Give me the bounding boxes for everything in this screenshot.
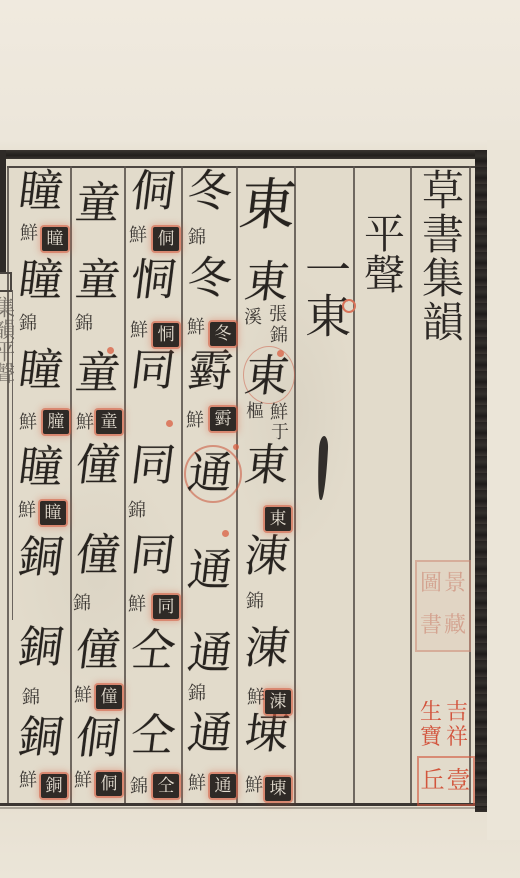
source-annotation: 錦	[71, 594, 93, 614]
source-annotation: 溪	[242, 308, 264, 328]
bottom-border	[0, 803, 487, 806]
cursive-glyph: 通	[180, 450, 240, 498]
cursive-glyph: 童	[69, 257, 127, 305]
cursive-glyph: 侗	[123, 168, 183, 216]
boxed-regular-script-label: 涷	[265, 690, 291, 714]
boxed-regular-script-label: 膧	[43, 410, 69, 434]
column-rule	[7, 166, 9, 803]
source-annotation: 鮮	[74, 413, 96, 433]
boxed-regular-script-label: 侗	[96, 772, 122, 796]
cursive-glyph: 銅	[9, 624, 73, 672]
cursive-glyph: 瞳	[9, 444, 73, 492]
source-annotation: 于	[269, 423, 291, 443]
seal-char: 吉	[445, 701, 469, 725]
cursive-glyph: 瞳	[9, 347, 73, 395]
source-annotation: 鮮	[72, 771, 94, 791]
boxed-regular-script-label: 埬	[265, 777, 291, 801]
cursive-glyph: 通	[180, 547, 240, 595]
seal-char: 壹	[446, 759, 471, 801]
source-annotation: 鮮	[127, 226, 149, 246]
punctuation-circle-mark	[342, 299, 356, 313]
seal-char: 書	[419, 606, 443, 646]
cursive-glyph: 僮	[69, 532, 127, 580]
seal-char: 寶	[419, 726, 443, 750]
cursive-glyph: 東	[237, 259, 297, 307]
collector-seal-outline: 壹 丘	[417, 756, 475, 806]
seal-char: 圖	[419, 564, 443, 604]
cursive-glyph: 東	[237, 353, 297, 401]
source-annotation: 張	[267, 305, 289, 325]
right-page-margin	[487, 140, 520, 840]
cursive-glyph: 䨴	[180, 348, 240, 396]
boxed-regular-script-label: 䨴	[210, 407, 236, 431]
boxed-regular-script-label: 恫	[153, 323, 179, 347]
source-annotation: 鮮	[268, 403, 290, 423]
source-annotation: 鮮	[185, 318, 207, 338]
source-annotation: 樞	[244, 402, 266, 422]
boxed-regular-script-label: 僮	[96, 685, 122, 709]
boxed-regular-script-label: 東	[265, 507, 291, 531]
source-annotation: 鮮	[184, 411, 206, 431]
seal-char: 景	[443, 564, 467, 604]
boxed-regular-script-label: 瞳	[42, 227, 68, 251]
source-annotation: 錦	[73, 314, 95, 334]
cursive-glyph: 通	[180, 630, 240, 678]
cursive-glyph: 童	[69, 350, 127, 398]
source-annotation: 錦	[17, 314, 39, 334]
cursive-glyph: 冬	[180, 168, 240, 216]
seal-char: 生	[419, 701, 443, 725]
source-annotation: 錦	[186, 228, 208, 248]
cursive-glyph: 瞳	[9, 257, 73, 305]
cursive-glyph: 埬	[237, 710, 297, 758]
source-annotation: 錦	[128, 777, 150, 797]
source-annotation: 錦	[244, 592, 266, 612]
source-annotation: 錦	[20, 688, 42, 708]
cursive-glyph: 銅	[9, 534, 73, 582]
source-annotation: 鮮	[128, 321, 150, 341]
seal-char: 祥	[445, 726, 469, 750]
rhyme-heading: 一東	[296, 246, 354, 338]
inner-top-rule	[7, 166, 475, 168]
cursive-glyph: 僮	[69, 627, 127, 675]
boxed-regular-script-label: 同	[153, 595, 179, 619]
boxed-regular-script-label: 瞳	[40, 501, 66, 525]
boxed-regular-script-label: 銅	[41, 774, 67, 798]
cursive-glyph: 涷	[237, 625, 297, 673]
cursive-glyph: 涷	[237, 533, 297, 581]
red-dot-mark	[222, 530, 229, 537]
cursive-glyph: 同	[123, 347, 183, 395]
fold-edge-band	[0, 150, 6, 272]
boxed-regular-script-label: 仝	[153, 774, 179, 798]
top-border	[0, 150, 487, 159]
bottom-border-shadow	[0, 807, 487, 809]
source-annotation: 錦	[126, 501, 148, 521]
source-annotation: 鮮	[245, 688, 267, 708]
seal-char: 丘	[420, 759, 445, 801]
collector-seal-red: 吉 祥 生 寶	[417, 700, 471, 752]
cursive-glyph: 侗	[69, 715, 127, 763]
cursive-glyph: 瞳	[9, 168, 73, 216]
boxed-regular-script-label: 侗	[153, 227, 179, 251]
source-annotation: 鮮	[186, 774, 208, 794]
collector-seal-faded: 景 藏 圖 書	[415, 560, 471, 652]
cursive-glyph: 冬	[180, 255, 240, 303]
source-annotation: 鮮	[126, 595, 148, 615]
seal-char: 藏	[443, 606, 467, 646]
cursive-glyph: 東	[237, 442, 297, 490]
source-annotation: 鮮	[17, 413, 39, 433]
cursive-glyph: 仝	[123, 627, 183, 675]
cursive-glyph: 僮	[69, 442, 127, 490]
cursive-glyph: 仝	[123, 712, 183, 760]
cursive-glyph: 童	[69, 180, 127, 228]
book-page-scan: 集韻平聲 草書集韻 平聲 一東 東 東 東 東 涷 涷 埬 東 涷 埬 張 錦 …	[0, 0, 520, 878]
cursive-glyph: 恫	[123, 257, 183, 305]
cursive-glyph: 銅	[9, 714, 73, 762]
boxed-regular-script-label: 通	[210, 774, 236, 798]
source-annotation: 錦	[186, 684, 208, 704]
source-annotation: 鮮	[18, 224, 40, 244]
source-annotation: 錦	[268, 326, 290, 346]
cursive-glyph: 同	[123, 442, 183, 490]
cursive-glyph: 同	[123, 532, 183, 580]
source-annotation: 鮮	[243, 776, 265, 796]
boxed-regular-script-label: 童	[96, 410, 122, 434]
tone-heading: 平聲	[354, 212, 408, 294]
red-dot-mark	[166, 420, 173, 427]
cursive-glyph: 東	[236, 174, 298, 238]
book-title: 草書集韻	[412, 168, 468, 344]
cursive-glyph: 通	[180, 710, 240, 758]
source-annotation: 鮮	[72, 686, 94, 706]
source-annotation: 鮮	[16, 501, 38, 521]
boxed-regular-script-label: 冬	[210, 322, 236, 346]
right-border	[475, 150, 487, 812]
source-annotation: 鮮	[17, 771, 39, 791]
